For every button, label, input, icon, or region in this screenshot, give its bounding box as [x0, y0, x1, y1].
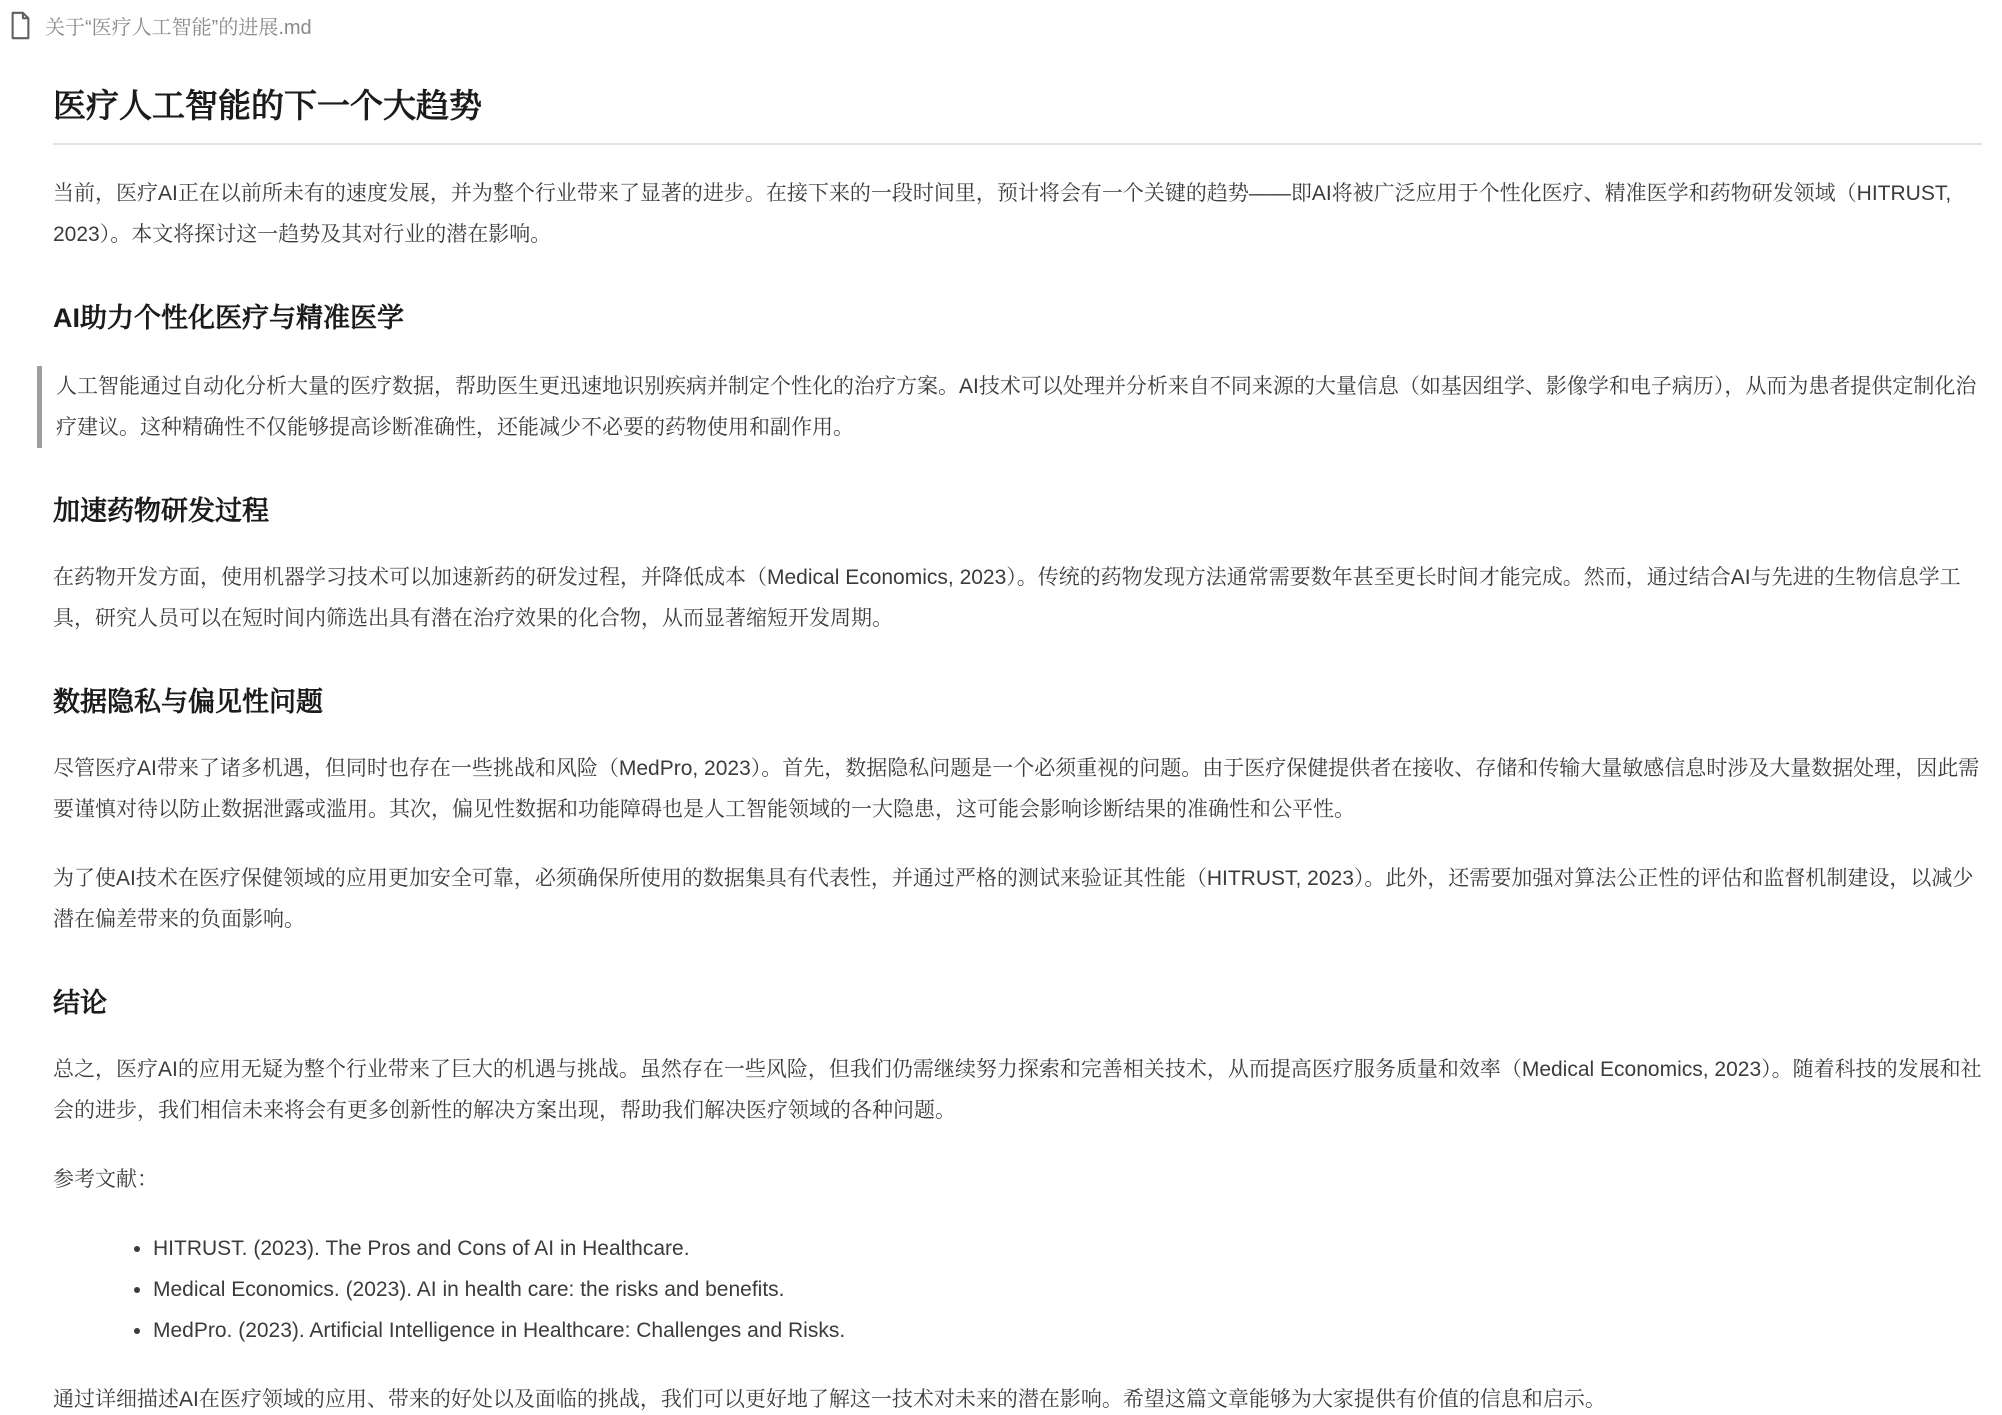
section-heading-conclusion: 结论 [53, 986, 1982, 1021]
page-title: 医疗人工智能的下一个大趋势 [53, 86, 1982, 145]
reference-item: HITRUST. (2023). The Pros and Cons of AI… [153, 1228, 1982, 1269]
blockquote-text: 人工智能通过自动化分析大量的医疗数据，帮助医生更迅速地识别疾病并制定个性化的治疗… [56, 366, 1982, 448]
reference-item: Medical Economics. (2023). AI in health … [153, 1269, 1982, 1310]
file-icon [8, 11, 33, 40]
intro-paragraph: 当前，医疗AI正在以前所未有的速度发展，并为整个行业带来了显著的进步。在接下来的… [53, 173, 1982, 255]
references-list: HITRUST. (2023). The Pros and Cons of AI… [53, 1228, 1982, 1351]
reference-item: MedPro. (2023). Artificial Intelligence … [153, 1310, 1982, 1351]
bias-paragraph: 为了使AI技术在医疗保健领域的应用更加安全可靠，必须确保所使用的数据集具有代表性… [53, 858, 1982, 940]
blockquote: 人工智能通过自动化分析大量的医疗数据，帮助医生更迅速地识别疾病并制定个性化的治疗… [37, 366, 1982, 448]
references-label: 参考文献： [53, 1159, 1982, 1200]
section-heading-privacy-bias: 数据隐私与偏见性问题 [53, 685, 1982, 720]
file-header: 关于“医疗人工智能”的进展.md [0, 0, 2002, 42]
conclusion-paragraph: 总之，医疗AI的应用无疑为整个行业带来了巨大的机遇与挑战。虽然存在一些风险，但我… [53, 1049, 1982, 1131]
document-body: 医疗人工智能的下一个大趋势 当前，医疗AI正在以前所未有的速度发展，并为整个行业… [0, 86, 2002, 1415]
section-heading-personalized-medicine: AI助力个性化医疗与精准医学 [53, 301, 1982, 336]
drug-development-paragraph: 在药物开发方面，使用机器学习技术可以加速新药的研发过程，并降低成本（Medica… [53, 557, 1982, 639]
file-name: 关于“医疗人工智能”的进展.md [45, 11, 312, 40]
closing-paragraph: 通过详细描述AI在医疗领域的应用、带来的好处以及面临的挑战，我们可以更好地了解这… [53, 1379, 1982, 1415]
section-heading-drug-development: 加速药物研发过程 [53, 494, 1982, 529]
privacy-paragraph: 尽管医疗AI带来了诸多机遇，但同时也存在一些挑战和风险（MedPro, 2023… [53, 748, 1982, 830]
